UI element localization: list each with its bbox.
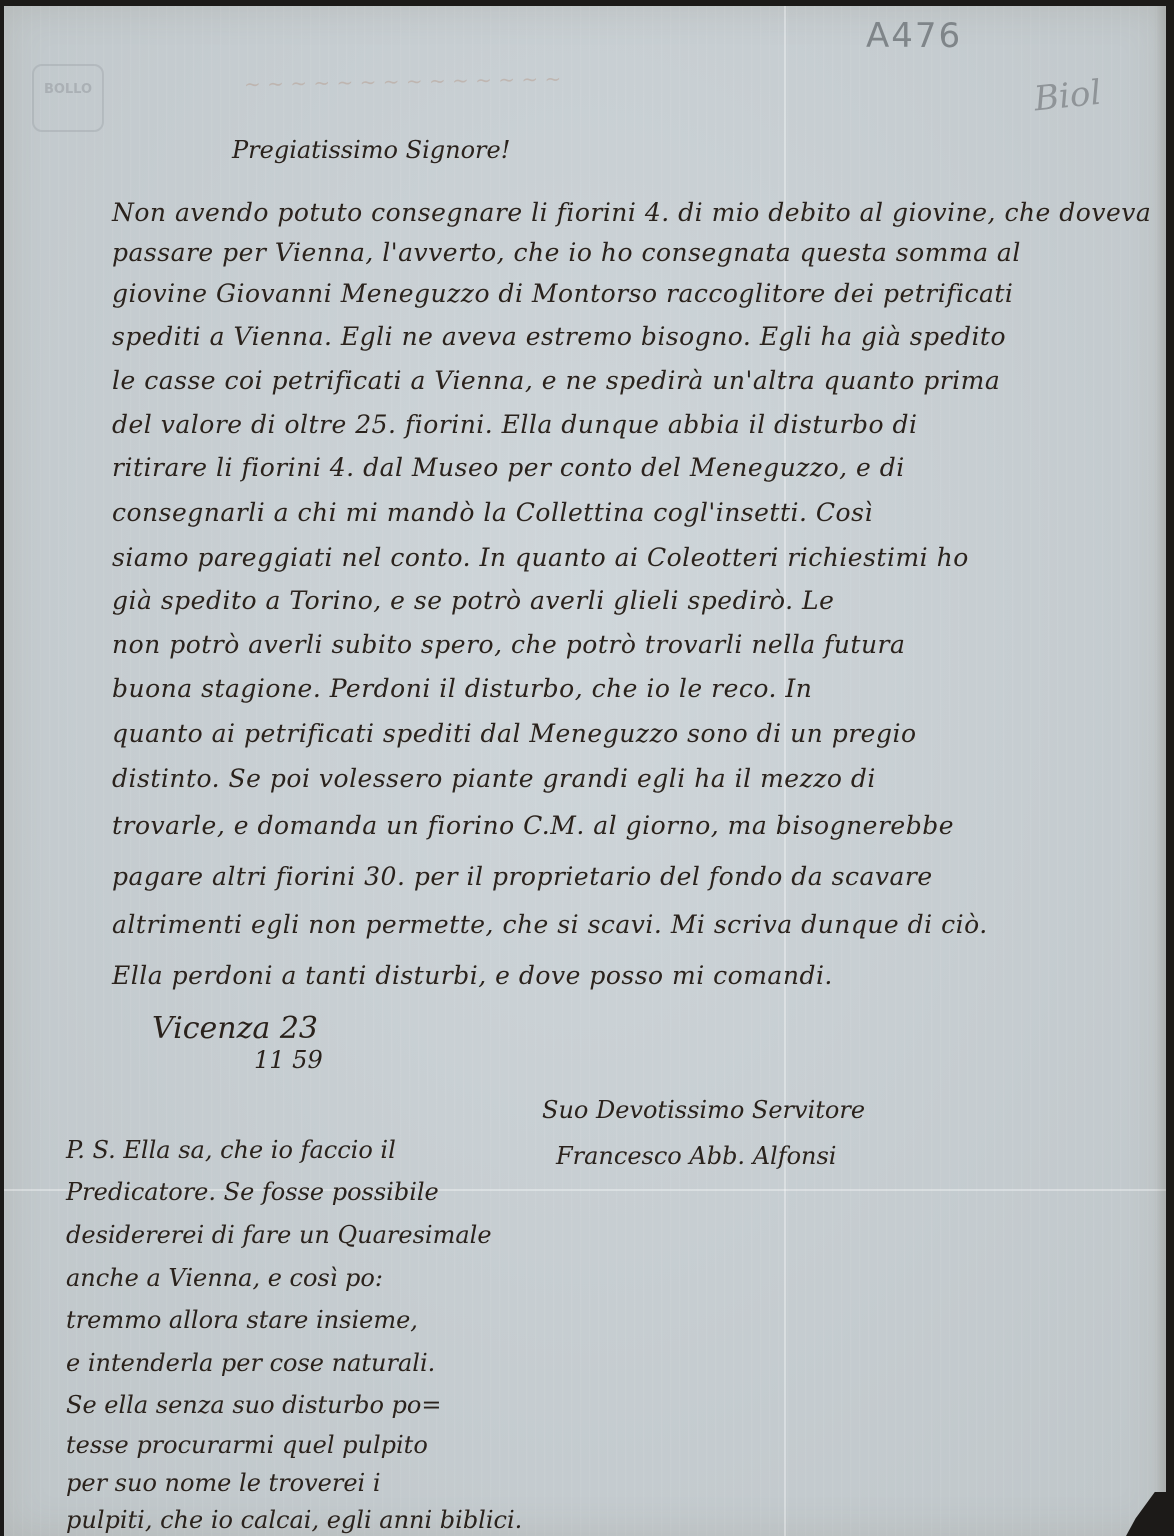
salutation: Pregiatissimo Signore! — [232, 136, 510, 164]
body-line: ritirare li fiorini 4. dal Museo per con… — [112, 453, 905, 482]
postscript-line: Se ella senza suo disturbo po= — [66, 1391, 441, 1419]
body-line: le casse coi petrificati a Vienna, e ne … — [112, 366, 1000, 395]
pencil-annotation: Biol — [1032, 73, 1103, 120]
body-line: Non avendo potuto consegnare li fiorini … — [112, 198, 1151, 227]
body-line: trovarle, e domanda un fiorino C.M. al g… — [112, 811, 954, 840]
date-month-year: 11 59 — [254, 1046, 323, 1074]
body-line: spediti a Vienna. Egli ne aveva estremo … — [112, 322, 1006, 351]
postscript-line: anche a Vienna, e così po: — [66, 1264, 383, 1292]
letter-sheet: BOLLO ~ ~ ~ ~ ~ ~ ~ ~ ~ ~ ~ ~ ~ ~ A476 B… — [4, 6, 1166, 1536]
closing-formula: Suo Devotissimo Servitore — [542, 1096, 865, 1124]
postscript-line: pulpiti, che io calcai, egli anni biblic… — [66, 1506, 522, 1534]
place-date: Vicenza 23 — [152, 1011, 318, 1046]
postscript-line: per suo nome le troverei i — [66, 1469, 381, 1497]
body-line: già spedito a Torino, e se potrò averli … — [112, 586, 834, 615]
postscript-line: Predicatore. Se fosse possibile — [66, 1178, 439, 1206]
ink-bleed-through: ~ ~ ~ ~ ~ ~ ~ ~ ~ ~ ~ ~ ~ ~ — [244, 60, 944, 96]
body-line: del valore di oltre 25. fiorini. Ella du… — [112, 410, 917, 439]
postscript-line: e intenderla per cose naturali. — [66, 1349, 435, 1377]
postscript-line: desidererei di fare un Quaresimale — [66, 1221, 492, 1249]
embossed-stamp: BOLLO — [32, 64, 104, 132]
body-line: pagare altri fiorini 30. per il propriet… — [112, 862, 933, 891]
body-line: distinto. Se poi volessero piante grandi… — [112, 764, 876, 793]
body-line: consegnarli a chi mi mandò la Collettina… — [112, 498, 873, 527]
body-line: siamo pareggiati nel conto. In quanto ai… — [112, 543, 969, 572]
body-line: buona stagione. Perdoni il disturbo, che… — [112, 674, 812, 703]
body-line: passare per Vienna, l'avverto, che io ho… — [112, 238, 1021, 267]
body-line: altrimenti egli non permette, che si sca… — [112, 910, 988, 939]
body-line: quanto ai petrificati spediti dal Menegu… — [112, 719, 917, 748]
archive-number: A476 — [866, 16, 962, 56]
body-line: Ella perdoni a tanti disturbi, e dove po… — [112, 961, 833, 990]
postscript-line: P. S. Ella sa, che io faccio il — [66, 1136, 396, 1164]
postscript-line: tremmo allora stare insieme, — [66, 1306, 418, 1334]
paper-edge-shadow — [1154, 6, 1166, 1536]
postscript-line: tesse procurarmi quel pulpito — [66, 1431, 428, 1459]
body-line: giovine Giovanni Meneguzzo di Montorso r… — [112, 279, 1013, 308]
body-line: non potrò averli subito spero, che potrò… — [112, 630, 905, 659]
signature: Francesco Abb. Alfonsi — [556, 1142, 836, 1170]
